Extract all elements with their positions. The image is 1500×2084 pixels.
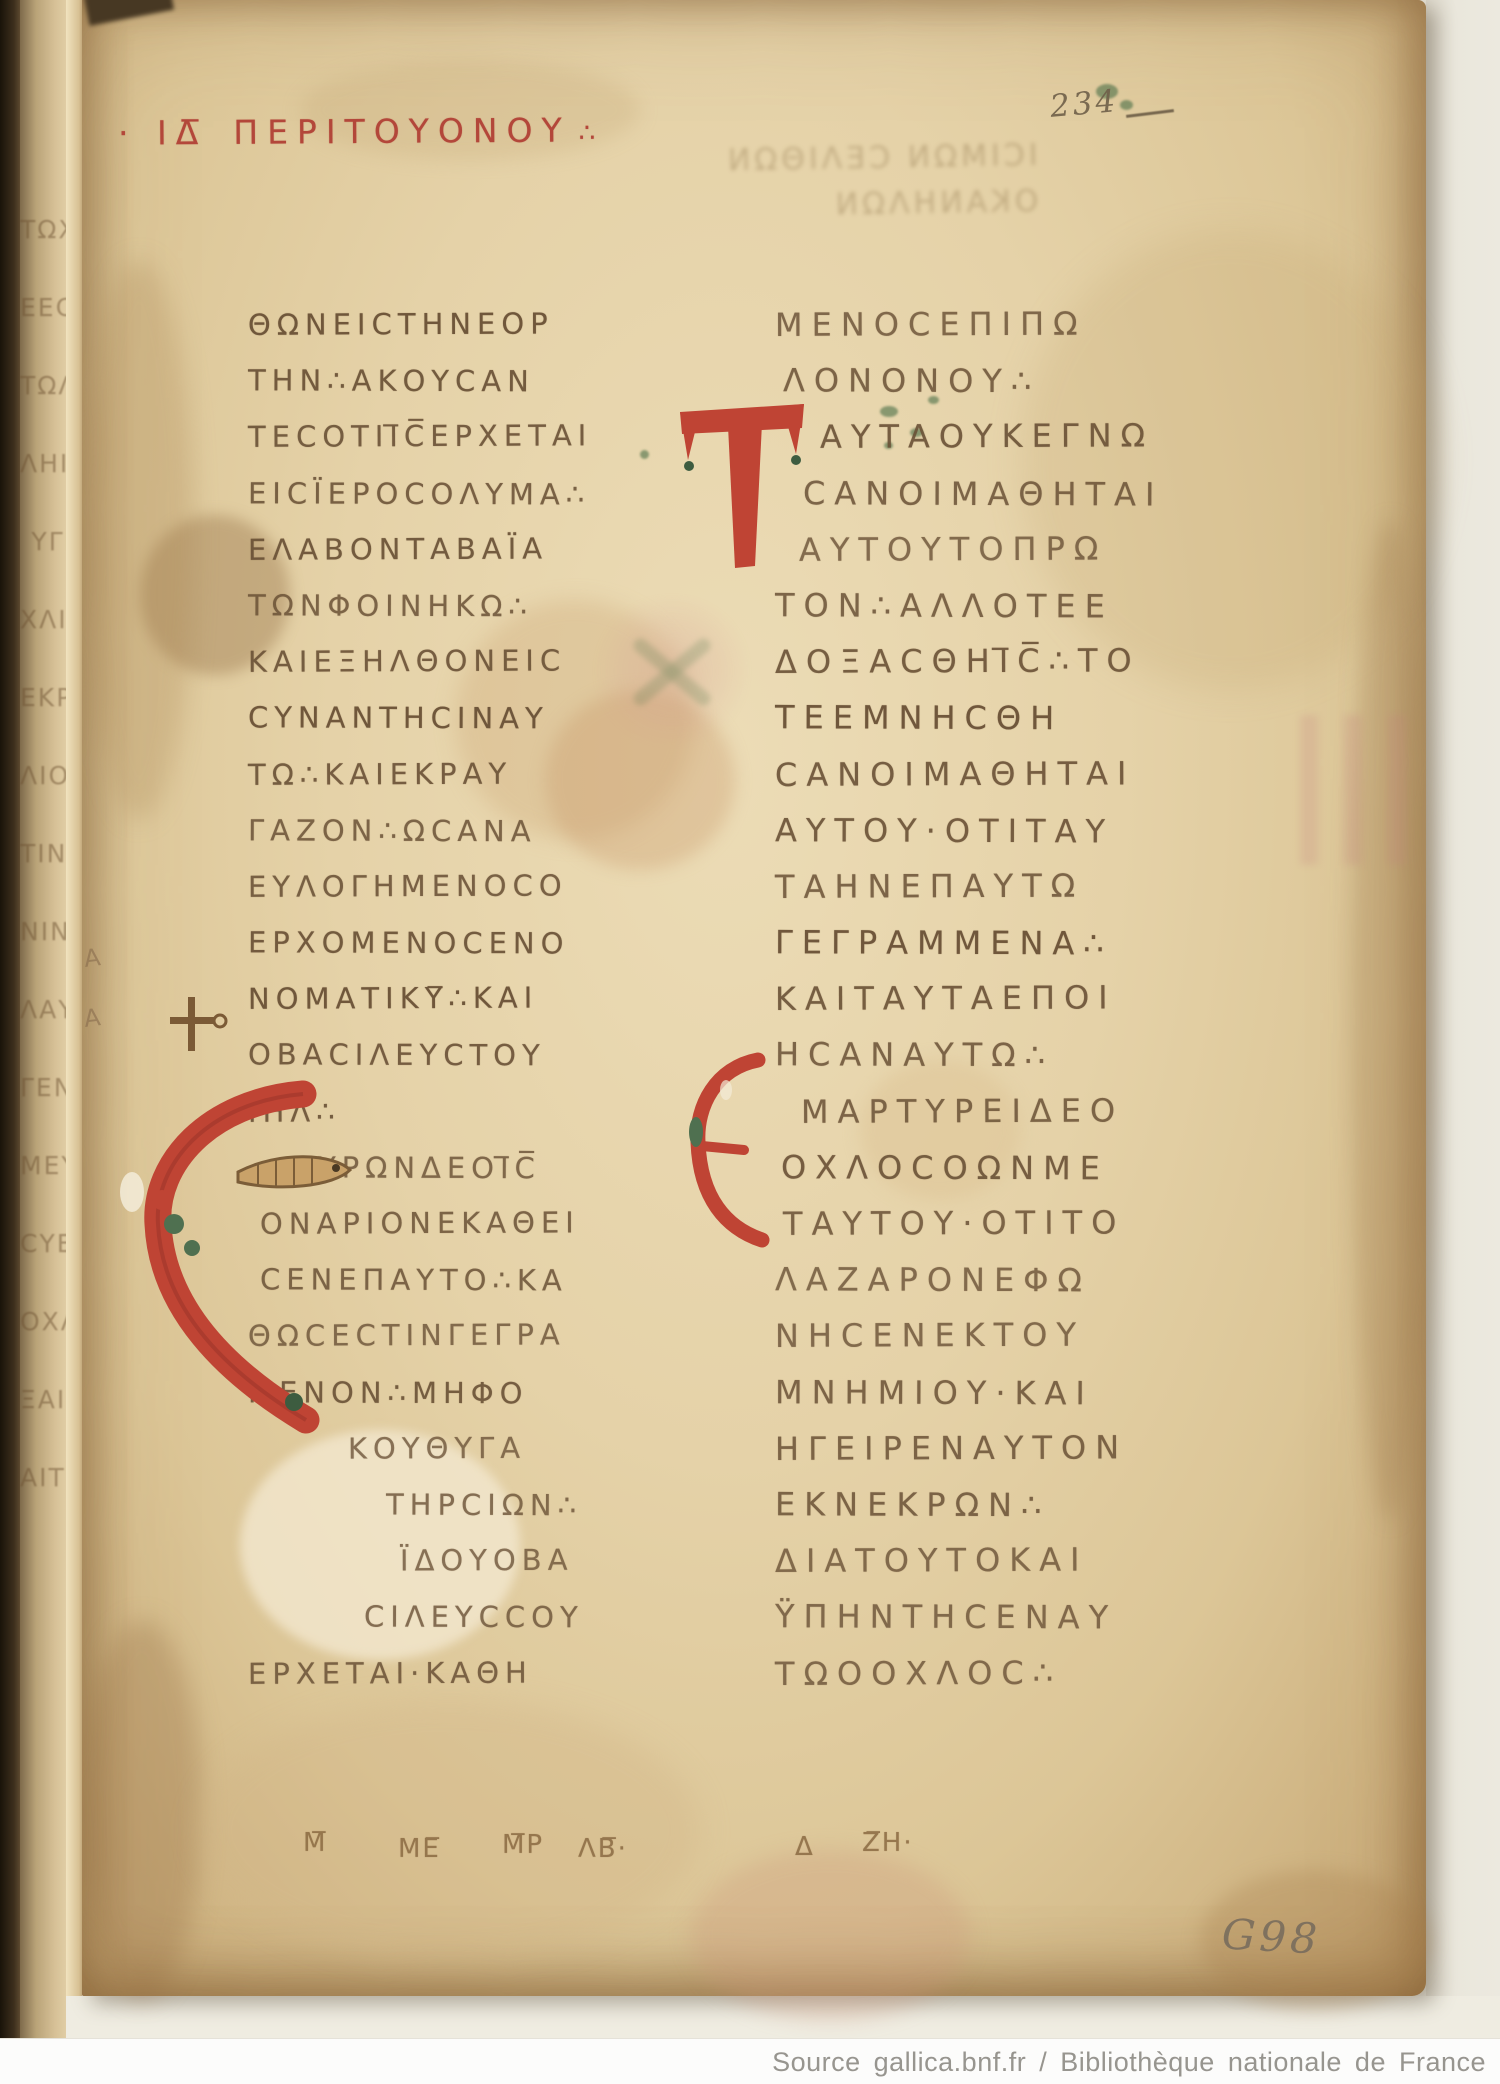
text-line: ΜΕΝΟCΕΠΙΠΩ [775,295,1205,353]
text-line: ΤΟΝ∴ΑΛΛΟΤΕΕ [775,577,1205,635]
text-line: ΝΟΜΑΤΙΚΥ̅∴ΚΑΙ [248,969,638,1027]
text-line: ΫΠΗΝΤΗCΕΝΑΥ [775,1589,1205,1647]
edge-text-fragment: ΥΓΙ [20,527,66,556]
text-line: ΑΥΤΑΟΥΚΕΓΝΩ [820,408,1205,466]
text-line: ΤΩΟΟΧΛΟC∴ [775,1644,1205,1702]
edge-text-fragment: ΤΙΝΧ [20,839,66,868]
pigment-fleck [640,450,649,459]
gallica-source-bar: Source gallica.bnf.fr / Bibliothèque nat… [0,2038,1500,2084]
edge-text-fragment: ΤΩΧ [20,215,66,244]
text-line: CΙΛΕΥCCΟΥ [364,1589,638,1646]
text-line: ΪΔΟΥΟΒΑ [400,1532,638,1589]
pencil-shelfmark: G98 [1221,1909,1322,1963]
edge-text-fragment: CΥΕ [20,1229,66,1258]
edge-text-fragment: ΟΧΛ [20,1307,66,1336]
text-line: ΔΟΞΑCΘΗΙ̅C̅∴ΤΟ [775,632,1205,690]
text-line: ΑΥΤΟΥ·ΟΤΙΤΑΥ [775,802,1205,860]
text-line: ΕΡΧΕΤΑΙ·ΚΑΘΗ [248,1644,638,1702]
text-line: ΚΑΙΕΞΗΛΘΟΝΕΙC [248,632,638,690]
text-line: ΤΕΕΜΝΗCΘΗ [775,690,1205,748]
text-line: ΛΑΖΑΡΟΝΕΦΩ [775,1251,1205,1309]
text-line: ΚΑΙΤΑΥΤΑΕΠΟΙ [775,969,1205,1027]
pigment-fleck [1120,100,1133,110]
edge-text-fragment: ΑΙΤΕ [20,1463,66,1492]
text-line: ΕΚΝΕΚΡΩΝ∴ [775,1476,1205,1534]
edge-text-fragment: ΧΛΙΤ [20,605,66,634]
text-line: ΔΙΑΤΟΥΤΟΚΑΙ [775,1531,1205,1589]
left-text-column: ΘΩΝΕΙCΤΗΝΕΟΡΤΗΝ∴ΑΚΟΥCΑΝΤΕCΟΤΙΙ̅C̅ΕΡΧΕΤΑΙ… [248,296,638,1701]
facing-page-edge: ΤΩΧΕΕCΑΤΩΛΛΗΙΛΥΓΙΧΛΙΤΕΚΡΗΛΙΟΝΤΙΝΧΝΙΝΙΛΑΥ… [20,0,66,2038]
text-line: ΝΗCΕΝΕΚΤΟΥ [775,1306,1205,1364]
text-line: ΓΑΖΟΝ∴ΩCΑΝΑ [248,802,638,860]
edge-text-fragment: ΓΕΝΕ [20,1073,66,1102]
edge-text-fragment: ΛΙΟΝ [20,761,66,790]
text-line: ΕΙCΪΕΡΟCΟΛΥΜΑ∴ [248,465,638,523]
text-line: ΤΗΡCΙΩΝ∴ [386,1476,638,1533]
text-line: ΤΗΝ∴ΑΚΟΥCΑΝ [248,353,638,411]
text-line: ΜΑΡΤΥΡΕΙΔΕΟ [801,1082,1205,1140]
source-attribution-text: Source gallica.bnf.fr / Bibliothèque nat… [772,2047,1500,2078]
text-line: ΗΓΕΙΡΕΝΑΥΤΟΝ [775,1419,1205,1477]
text-line: ΤΩ∴ΚΑΙΕΚΡΑΥ [248,745,638,803]
edge-text-fragment: ΝΙΝΙ [20,917,66,946]
text-line: ΜΝΗΜΙΟΥ·ΚΑΙ [775,1364,1205,1422]
folio-number: 234 [1049,83,1120,125]
bleedthrough-line: ΙCΙΜΩΝ CΕΛΙΘΩΝ [687,133,1038,185]
text-line: ΤΕCΟΤΙΙ̅C̅ΕΡΧΕΤΑΙ [248,408,638,466]
text-line: ΕΥΛΟΓΗΜΕΝΟCΟ [248,857,638,915]
text-line: ΘΩΝΕΙCΤΗΝΕΟΡ [248,295,638,353]
rubric-end-mark: ∴ [579,118,596,148]
edge-text-fragment: ΤΩΛ [20,371,66,400]
bleedthrough-line: ΟΚΑΝΗΛΩΝ [688,179,1039,231]
text-line: ΕΛΑΒΟΝΤΑΒΑΪΑ [248,520,638,578]
book-gutter-shadow [0,0,20,2038]
initial-tau [672,394,812,579]
margin-cross-icon [166,993,230,1063]
edge-text-fragment: ΛΗΙΛ [20,449,66,478]
rubric-title: ΠΕΡΙΤΟΥΟΝΟΥ [233,111,571,152]
text-line: ΤΑΥΤΟΥ·ΟΤΙΤΟ [783,1194,1205,1252]
right-text-column: ΜΕΝΟCΕΠΙΠΩΛΟΝΟΝΟΥ∴ΑΥΤΑΟΥΚΕΓΝΩCΑΝΟΙΜΑΘΗΤΑ… [775,296,1205,1701]
text-line: ΟΧΛΟCΟΩΝΜΕ [781,1139,1205,1197]
initial-epsilon-right [686,1046,780,1251]
text-line: ΥΡΩΝΔΕΟΙ̅C̅ [318,1139,638,1196]
rubric-heading: · ΙΔ̅ΠΕΡΙΤΟΥΟΝΟΥ∴ [118,110,595,152]
text-line: CΑΝΟΙΜΑΘΗΤΑΙ [803,465,1205,523]
edge-text-fragment: ΛΑΥΕ [20,995,66,1024]
edge-text-fragment: ΕΚΡΗ [20,683,66,712]
text-line: ΤΑΗΝΕΠΑΥΤΩ [775,857,1205,915]
initial-epsilon-left [98,1072,358,1442]
text-line: CΥΝΑΝΤΗCΙΝΑΥ [248,690,638,748]
rubric-chapter-numeral: · ΙΔ̅ [118,113,208,153]
text-line: ΗCΑΝΑΥΤΩ∴ [775,1027,1205,1085]
page-fold-ridge [66,0,82,1996]
text-line: ΕΡΧΟΜΕΝΟCΕΝΟ [248,914,638,972]
text-line: ΓΕΓΡΑΜΜΕΝΑ∴ [775,914,1205,972]
scan-backdrop-bottom [0,1996,1500,2038]
edge-text-fragment: ΞΑΙΕ [20,1385,66,1414]
text-line: ΑΥΤΟΥΤΟΠΡΩ [799,520,1205,578]
text-line: ΤΩΝΦΟΙΝΗΚΩ∴ [248,577,638,635]
scan-backdrop-right [1426,0,1500,2038]
text-line: CΑΝΟΙΜΑΘΗΤΑΙ [775,745,1205,803]
text-line: ΚΟΥΘΥΓΑ [348,1419,638,1476]
manuscript-scan-photo: ΤΩΧΕΕCΑΤΩΛΛΗΙΛΥΓΙΧΛΙΤΕΚΡΗΛΙΟΝΤΙΝΧΝΙΝΙΛΑΥ… [0,0,1500,2084]
text-line: ΛΟΝΟΝΟΥ∴ [783,352,1205,410]
initial-bleedthrough [1300,715,1418,865]
ink-bleedthrough-text: ΙCΙΜΩΝ CΕΛΙΘΩΝΟΚΑΝΗΛΩΝ [687,133,1039,231]
edge-text-fragment: ΕΕCΑ [20,293,66,322]
edge-text-fragment: ΜΕΥΕ [20,1151,66,1180]
